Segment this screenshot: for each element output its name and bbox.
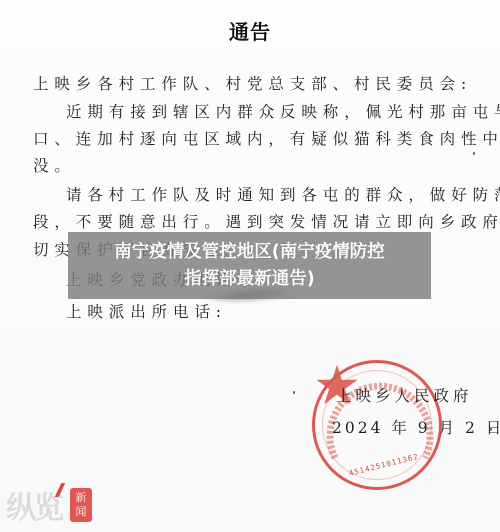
scan-speck [293, 391, 295, 394]
watermark-logo-text: 纵览 [6, 491, 62, 526]
badge-char-2: 闻 [76, 505, 87, 519]
paragraph-1-line-3: 没。 [33, 156, 76, 176]
banner-line-2: 指挥部最新通告) [184, 266, 315, 293]
salutation: 上映乡各村工作队、村党总支部、村民委员会: [33, 74, 472, 94]
document-title: 通告 [0, 16, 500, 45]
signature-date: 2024 年 9 月 2 日 [332, 416, 500, 438]
paragraph-2-line-1: 请各村工作队及时通知到各屯的群众，做好防范。夜晚时间 [66, 185, 500, 205]
badge-char-1: 新 [76, 491, 87, 505]
watermark-logo: 纵览 [6, 483, 62, 527]
paragraph-1-line-2: 口、连加村逐向屯区域内，有疑似猫科类食肉性中型野生动物出 [33, 129, 500, 149]
paragraph-2-line-2: 段，不要随意出行。遇到突发情况请立即向乡政府、派出所反馈， [33, 212, 500, 232]
contact-police-station: 上映派出所电话: [66, 302, 227, 322]
scan-speck [473, 152, 475, 155]
news-watermark: 纵览 新 闻 [6, 483, 92, 527]
paragraph-1-line-1: 近期有接到辖区内群众反映称，佩光村那亩屯与山岳屯岔路 [66, 102, 500, 122]
banner-line-1: 南宁疫情及管控地区(南宁疫情防控 [114, 239, 385, 266]
signature-organization: 上映乡人民政府 [336, 384, 473, 406]
headline-overlay-banner: 南宁疫情及管控地区(南宁疫情防控 指挥部最新通告) [68, 232, 431, 299]
watermark-news-badge: 新 闻 [70, 488, 92, 522]
